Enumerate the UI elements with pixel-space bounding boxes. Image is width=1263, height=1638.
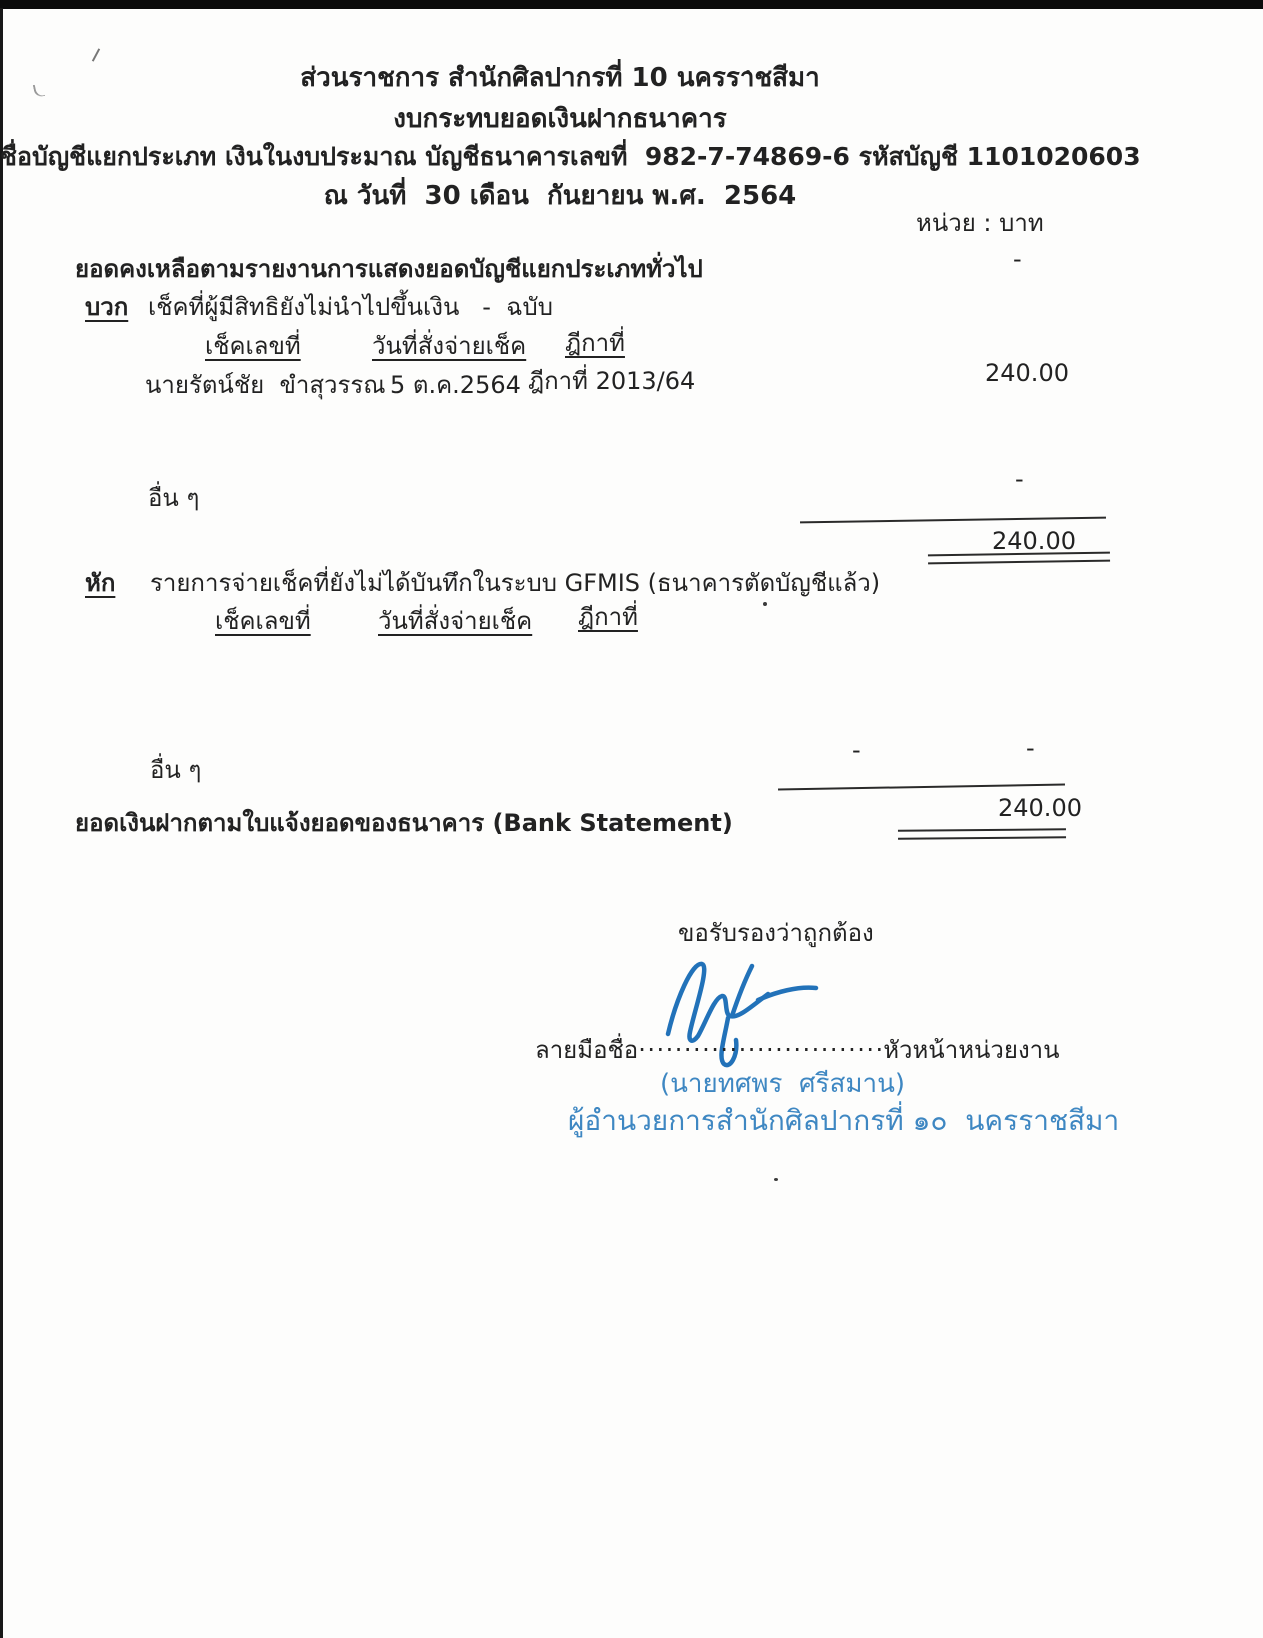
- deduct-keyword: หัก: [85, 568, 115, 598]
- signature-line: ลายมือชื่อ..............................…: [535, 1028, 1060, 1065]
- add-col-cheque-no: เช็คเลขที่: [205, 331, 301, 361]
- total-double-rule: [928, 552, 1110, 565]
- gl-balance-label: ยอดคงเหลือตามรายงานการแสดงยอดบัญชีแยกประ…: [75, 254, 703, 284]
- signature-line-prefix: ลายมือชื่อ: [535, 1036, 638, 1064]
- payee-name: นายรัตน์ชัย ขำสุวรรณ: [145, 370, 386, 400]
- add-col-cheque-date: วันที่สั่งจ่ายเช็ค: [372, 331, 526, 361]
- account-info-line: ชื่อบัญชีแยกประเภท เงินในงบประมาณ บัญชีธ…: [0, 141, 1120, 172]
- document-title: งบกระทบยอดเงินฝากธนาคาร: [0, 103, 1120, 136]
- deduct-description: รายการจ่ายเช็คที่ยังไม่ได้บันทึกในระบบ G…: [150, 568, 880, 598]
- total-double-rule: [898, 828, 1066, 839]
- scanned-document-page: ส่วนราชการ สำนักศิลปากรที่ 10 นครราชสีมา…: [0, 0, 1263, 1638]
- dika-number: ฎีกาที่ 2013/64: [528, 366, 695, 396]
- scan-artifact: [92, 48, 100, 61]
- scan-artifact: [763, 602, 767, 606]
- scan-artifact: [774, 1178, 778, 1181]
- add-other-value: -: [1015, 464, 1024, 494]
- add-keyword: บวก: [85, 292, 128, 322]
- unit-label: หน่วย : บาท: [916, 208, 1044, 238]
- signature-line-suffix: หัวหน้าหน่วยงาน: [883, 1036, 1059, 1064]
- deduct-total: 240.00: [998, 793, 1082, 823]
- deduct-other-value-1: -: [852, 735, 861, 765]
- dotted-leader: ........................................…: [638, 1028, 883, 1058]
- add-other-label: อื่น ๆ: [148, 483, 199, 513]
- bank-statement-label: ยอดเงินฝากตามใบแจ้งยอดของธนาคาร (Bank St…: [75, 808, 733, 838]
- cheque-amount: 240.00: [985, 358, 1069, 388]
- add-col-dika-no: ฎีกาที่: [565, 328, 625, 358]
- deduct-other-value-2: -: [1026, 733, 1035, 763]
- deduct-col-cheque-date: วันที่สั่งจ่ายเช็ค: [378, 606, 532, 636]
- add-description: เช็คที่ผู้มีสิทธิยังไม่นำไปขึ้นเงิน - ฉบ…: [148, 292, 553, 322]
- signer-name: (นายทศพร ศรีสมาน): [660, 1068, 905, 1101]
- deduct-col-dika-no: ฎีกาที่: [578, 602, 638, 632]
- subtotal-rule: [800, 517, 1106, 524]
- gl-balance-value: -: [1013, 244, 1022, 274]
- deduct-other-label: อื่น ๆ: [150, 755, 201, 785]
- certify-statement: ขอรับรองว่าถูกต้อง: [678, 918, 874, 948]
- cheque-date: 5 ต.ค.2564: [390, 370, 521, 400]
- scan-left-edge: [0, 8, 3, 1638]
- subtotal-rule: [778, 783, 1065, 790]
- signer-title-stamp: ผู้อำนวยการสำนักศิลปากรที่ ๑๐ นครราชสีมา: [568, 1103, 1119, 1138]
- deduct-col-cheque-no: เช็คเลขที่: [215, 606, 311, 636]
- scan-top-bar: [0, 0, 1263, 9]
- agency-title: ส่วนราชการ สำนักศิลปากรที่ 10 นครราชสีมา: [0, 62, 1120, 95]
